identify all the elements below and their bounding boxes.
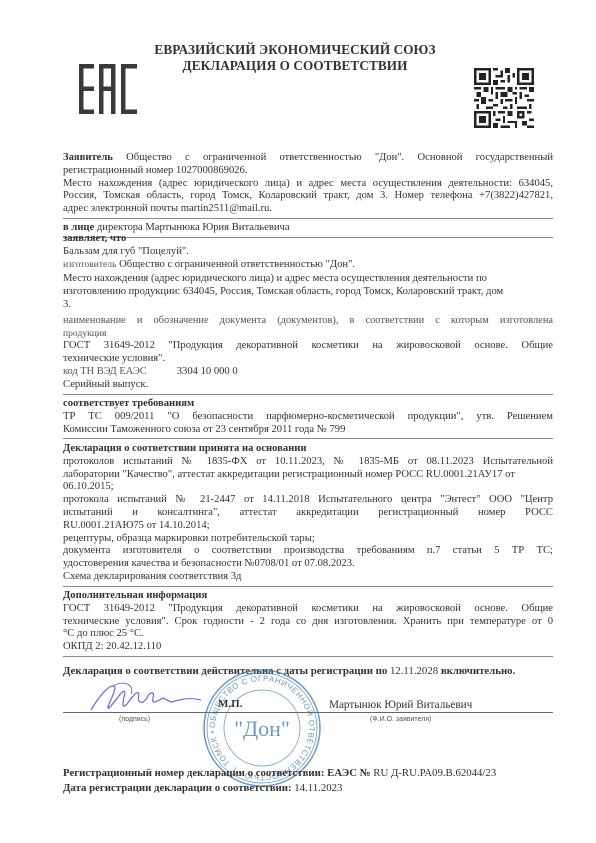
applicant-name-caption: (Ф.И.О. заявителя) (370, 716, 431, 723)
basis-item-line: протокола испытаний № 21-2447 от 14.11.2… (63, 494, 553, 507)
divider (63, 586, 553, 587)
okpd-code: ОКПД 2: 20.42.12.110 (63, 641, 553, 654)
applicant-address-1: Место нахождения (адрес юридического лиц… (63, 178, 553, 191)
applicant-address-2: Россия, Томская область, город Томск, Ко… (63, 190, 553, 203)
document-header: ЕВРАЗИЙСКИЙ ЭКОНОМИЧЕСКИЙ СОЮЗ ДЕКЛАРАЦИ… (140, 42, 450, 74)
declares-section: заявляет, что Бальзам для губ "Поцелуй".… (63, 233, 553, 398)
divider (63, 394, 553, 395)
basis-label: Декларация о соответствии принята на осн… (63, 443, 553, 456)
basis-list: протоколов испытаний № 1835-ФХ от 10.11.… (63, 456, 553, 571)
tn-ved-code: код ТН ВЭД ЕАЭС3304 10 000 0 (63, 366, 553, 379)
header-union-title: ЕВРАЗИЙСКИЙ ЭКОНОМИЧЕСКИЙ СОЮЗ (140, 42, 450, 58)
header-declaration-title: ДЕКЛАРАЦИЯ О СООТВЕТСТВИИ (140, 58, 450, 74)
basis-item-line: протоколов испытаний № 1835-ФХ от 10.11.… (63, 456, 553, 469)
divider (63, 656, 553, 657)
serial-release: Серийный выпуск. (63, 379, 553, 392)
svg-text:"Дон": "Дон" (234, 716, 290, 741)
qr-code-icon (474, 68, 534, 128)
manufacturer-address-3: 3. (63, 299, 553, 312)
signature-caption: (подпись) (119, 716, 150, 723)
registration-date-value: 14.11.2023 (294, 782, 342, 794)
applicant-line-2: регистрационный номер 1027000869026. (63, 165, 553, 178)
manufacturer: изготовитель Общество с ограниченной отв… (63, 259, 553, 272)
declares-label: заявляет, что (63, 233, 553, 246)
conforms-section: соответствует требованиям ТР ТС 009/2011… (63, 398, 553, 442)
applicant-label: Заявитель (63, 152, 113, 163)
gost-line-2: технические условия". (63, 353, 553, 366)
eac-logo-icon (79, 64, 137, 114)
additional-line-1: ГОСТ 31649-2012 "Продукция декоративной … (63, 603, 553, 616)
basis-item-line: рецептуры, образца маркировки потребител… (63, 533, 553, 546)
additional-info-label: Дополнительная информация (63, 590, 553, 603)
basis-item-line: 06.10.2015; (63, 481, 553, 494)
validity-date: 12.11.2028 (390, 665, 438, 677)
handwritten-signature-icon (83, 680, 203, 720)
basis-item-line: документа изготовителя о соответствии пр… (63, 545, 553, 558)
doc-label-2: продукция (63, 328, 553, 341)
applicant-email: адрес электронной почты martin2511@mail.… (63, 203, 553, 216)
applicant-section: Заявитель Общество с ограниченной ответс… (63, 152, 553, 241)
registration-number-value: RU Д-RU.РА09.В.62044/23 (373, 767, 496, 779)
product-name: Бальзам для губ "Поцелуй". (63, 246, 553, 259)
conforms-label: соответствует требованиям (63, 398, 553, 411)
basis-item-line: лаборатории "Качество", аттестат аккреди… (63, 469, 553, 482)
basis-section: Декларация о соответствии принята на осн… (63, 443, 553, 590)
divider (63, 218, 553, 219)
manufacturer-address-1: Место нахождения (адрес юридического лиц… (63, 273, 553, 286)
registration-date: Дата регистрации декларации о соответств… (63, 782, 342, 794)
basis-item-line: удостоверения качества и безопасности №0… (63, 558, 553, 571)
registration-number: Регистрационный номер декларации о соотв… (63, 767, 496, 779)
doc-label-1: наименование и обозначение документа (до… (63, 315, 553, 328)
divider (63, 438, 553, 439)
additional-line-3: °С до плюс 25 °С. (63, 628, 553, 641)
declaration-scheme: Схема декларирования соответствия 3д (63, 571, 553, 584)
conforms-line-1: ТР ТС 009/2011 "О безопасности парфюмерн… (63, 411, 553, 424)
applicant-full-name: Мартынюк Юрий Витальевич (329, 699, 472, 711)
basis-item-line: испытаний и консалтинга", аттестат аккре… (63, 507, 553, 520)
conforms-line-2: Комиссии Таможенного союза от 23 сентябр… (63, 424, 553, 437)
declaration-page: ЕВРАЗИЙСКИЙ ЭКОНОМИЧЕСКИЙ СОЮЗ ДЕКЛАРАЦИ… (0, 0, 596, 843)
additional-info-section: Дополнительная информация ГОСТ 31649-201… (63, 590, 553, 660)
additional-line-2: технические условия". Срок годности - 2 … (63, 616, 553, 629)
manufacturer-address-2: изготовлению продукции: 634045, Россия, … (63, 286, 553, 299)
applicant-line-1: Заявитель Общество с ограниченной ответс… (63, 152, 553, 165)
gost-line-1: ГОСТ 31649-2012 "Продукция декоративной … (63, 340, 553, 353)
basis-item-line: RU.0001.21АЮ75 от 14.10.2014; (63, 520, 553, 533)
